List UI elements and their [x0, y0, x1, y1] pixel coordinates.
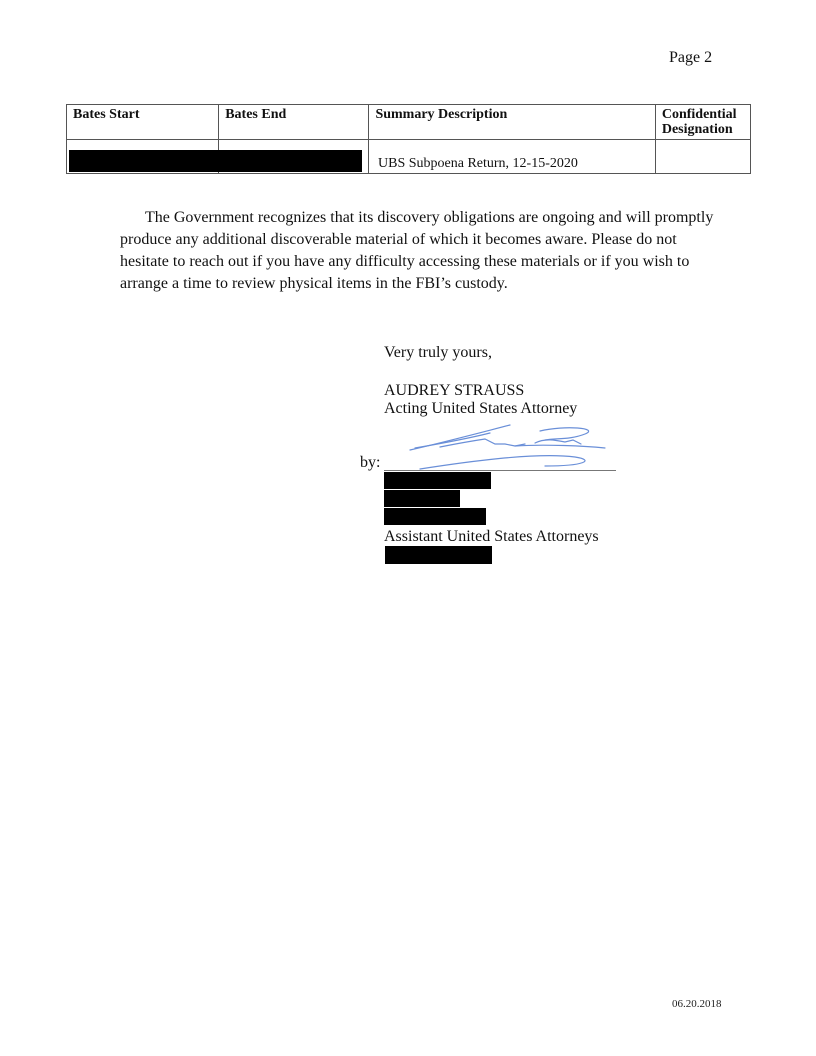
page-number: Page 2: [669, 49, 712, 67]
redaction-bates-range: [69, 150, 362, 172]
signature-line: [384, 470, 616, 471]
summary-description-text: UBS Subpoena Return, 12-15-2020: [378, 156, 578, 172]
cell-confidential: [655, 140, 750, 174]
signer-title: Acting United States Attorney: [384, 399, 577, 418]
by-label: by:: [360, 454, 380, 472]
closing: Very truly yours,: [384, 343, 492, 362]
body-text: The Government recognizes that its disco…: [120, 207, 720, 295]
redaction-attorney-name-1: [384, 472, 491, 489]
handwritten-signature: [395, 422, 625, 472]
attorney-role: Assistant United States Attorneys: [384, 527, 599, 546]
column-header-confidential: Confidential Designation: [655, 105, 750, 140]
body-paragraph: The Government recognizes that its disco…: [120, 207, 720, 295]
redaction-attorney-name-3: [384, 508, 486, 525]
redaction-contact: [385, 546, 492, 564]
signer-name: AUDREY STRAUSS: [384, 381, 524, 400]
table-header-row: Bates Start Bates End Summary Descriptio…: [67, 105, 751, 140]
column-header-bates-end: Bates End: [219, 105, 369, 140]
column-header-bates-start: Bates Start: [67, 105, 219, 140]
column-header-summary: Summary Description: [369, 105, 655, 140]
redaction-attorney-name-2: [384, 490, 460, 507]
footer-date-code: 06.20.2018: [672, 998, 722, 1010]
